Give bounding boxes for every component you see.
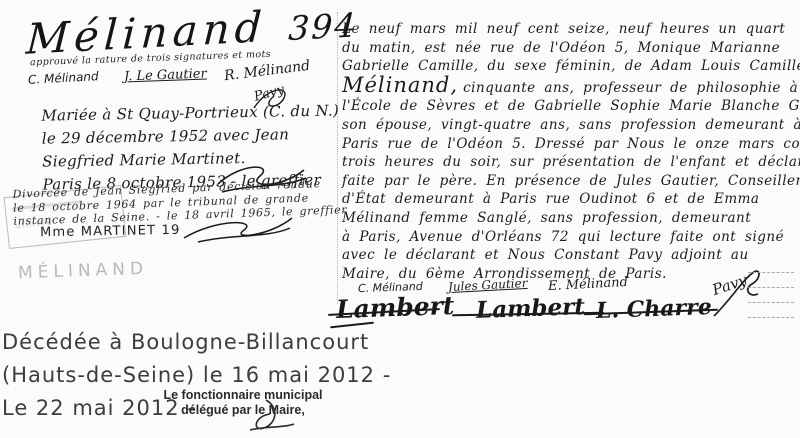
act-text-line: du matin, est née rue de l'Odéon 5, Moni… [342, 39, 800, 58]
act-text-line: Paris rue de l'Odéon 5. Dressé par Nous … [342, 135, 800, 154]
act-text-line: faite par le père. En présence de Jules … [342, 172, 800, 191]
witness-signature: Jules Gautier [448, 276, 528, 294]
witness-signature: E. Mélinand [548, 275, 629, 294]
ruled-dash [748, 287, 794, 288]
act-text-line: l'École de Sèvres et de Gabrielle Sophie… [342, 97, 800, 116]
approval-signature: J. Le Gautier [124, 67, 207, 85]
ruled-dash [748, 302, 794, 303]
approval-signature: C. Mélinand [28, 69, 99, 87]
column-divider-rule [337, 12, 338, 304]
birth-act-body: Le neuf mars mil neuf cent seize, neuf h… [342, 20, 800, 283]
act-text-line: Le neuf mars mil neuf cent seize, neuf h… [342, 20, 800, 39]
scanned-civil-record: Mélinand394 approuvé la rature de trois … [0, 0, 800, 438]
act-text-line: Mélinand femme Sanglé, sans profession, … [342, 209, 800, 228]
ruled-dash [748, 317, 794, 318]
child-surname-emphasis: Mélinand, [342, 73, 458, 97]
act-text-line: à Paris, Avenue d'Orléans 72 qui lecture… [342, 228, 800, 247]
ruled-dash [748, 272, 794, 273]
act-text-line: trois heures du soir, sur présentation d… [342, 153, 800, 172]
greffier-signature-flourish [178, 210, 298, 246]
act-text-line: Mélinand,cinquante ans, professeur de ph… [342, 76, 800, 98]
signature-flourish [704, 268, 764, 320]
death-note-line: Décédée à Boulogne-Billancourt [2, 326, 391, 359]
clerk-annotation: Mme MARTINET 19 [40, 223, 181, 240]
act-text-line: avec le déclarant et Nous Constant Pavy … [342, 246, 800, 265]
approval-signature: R. Mélinand [223, 58, 311, 84]
mayor-delegate-signature [236, 398, 306, 434]
act-text-line: d'État demeurant à Paris rue Oudinot 6 e… [342, 190, 800, 209]
faint-surname-stamp: MÉLINAND [18, 259, 149, 284]
act-text-line: son épouse, vingt-quatre ans, sans profe… [342, 116, 800, 135]
large-signature: Lambert [476, 293, 586, 324]
